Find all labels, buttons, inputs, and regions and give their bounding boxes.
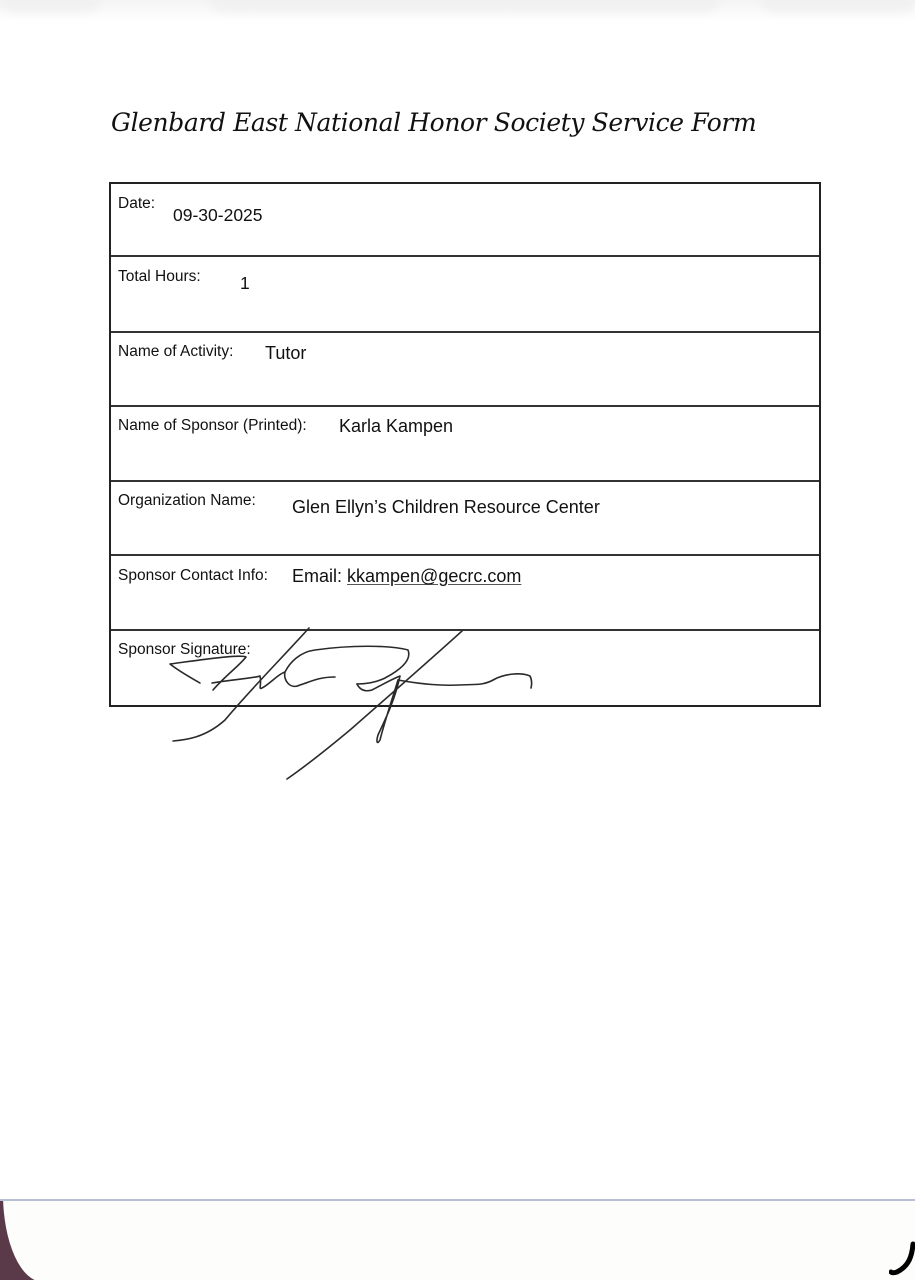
partial-glyph-icon [889,1238,915,1278]
sponsor-name-label: Name of Sponsor (Printed): [118,417,307,435]
form-row-total-hours: Total Hours: 1 [111,257,819,333]
bottom-corner-mask [3,1199,143,1280]
total-hours-value: 1 [240,273,250,294]
activity-value: Tutor [265,343,306,364]
form-row-activity: Name of Activity: Tutor [111,333,819,407]
organization-value: Glen Ellyn’s Children Resource Center [292,497,600,518]
organization-label: Organization Name: [118,492,256,510]
contact-info-label: Sponsor Contact Info: [118,567,268,585]
shadow-blob [210,0,720,14]
form-row-date: Date: 09-30-2025 [111,184,819,257]
email-prefix: Email: [292,566,347,586]
form-title: Glenbard East National Honor Society Ser… [111,108,756,137]
total-hours-label: Total Hours: [118,268,201,286]
activity-label: Name of Activity: [118,343,233,361]
signature-label: Sponsor Signature: [118,641,251,659]
service-form-table: Date: 09-30-2025 Total Hours: 1 Name of … [109,182,821,707]
form-row-organization: Organization Name: Glen Ellyn’s Children… [111,482,819,556]
sponsor-email-link[interactable]: kkampen@gecrc.com [347,566,521,586]
date-value: 09-30-2025 [173,205,263,226]
page-top-shadow [0,0,915,22]
form-row-contact-info: Sponsor Contact Info: Email: kkampen@gec… [111,556,819,631]
shadow-blob [0,0,100,14]
form-row-signature: Sponsor Signature: [111,631,819,705]
shadow-blob [760,0,915,14]
sponsor-name-value: Karla Kampen [339,416,453,437]
date-label: Date: [118,195,155,213]
bottom-panel [0,1199,915,1280]
contact-info-value: Email: kkampen@gecrc.com [292,566,521,587]
form-row-sponsor-name: Name of Sponsor (Printed): Karla Kampen [111,407,819,482]
